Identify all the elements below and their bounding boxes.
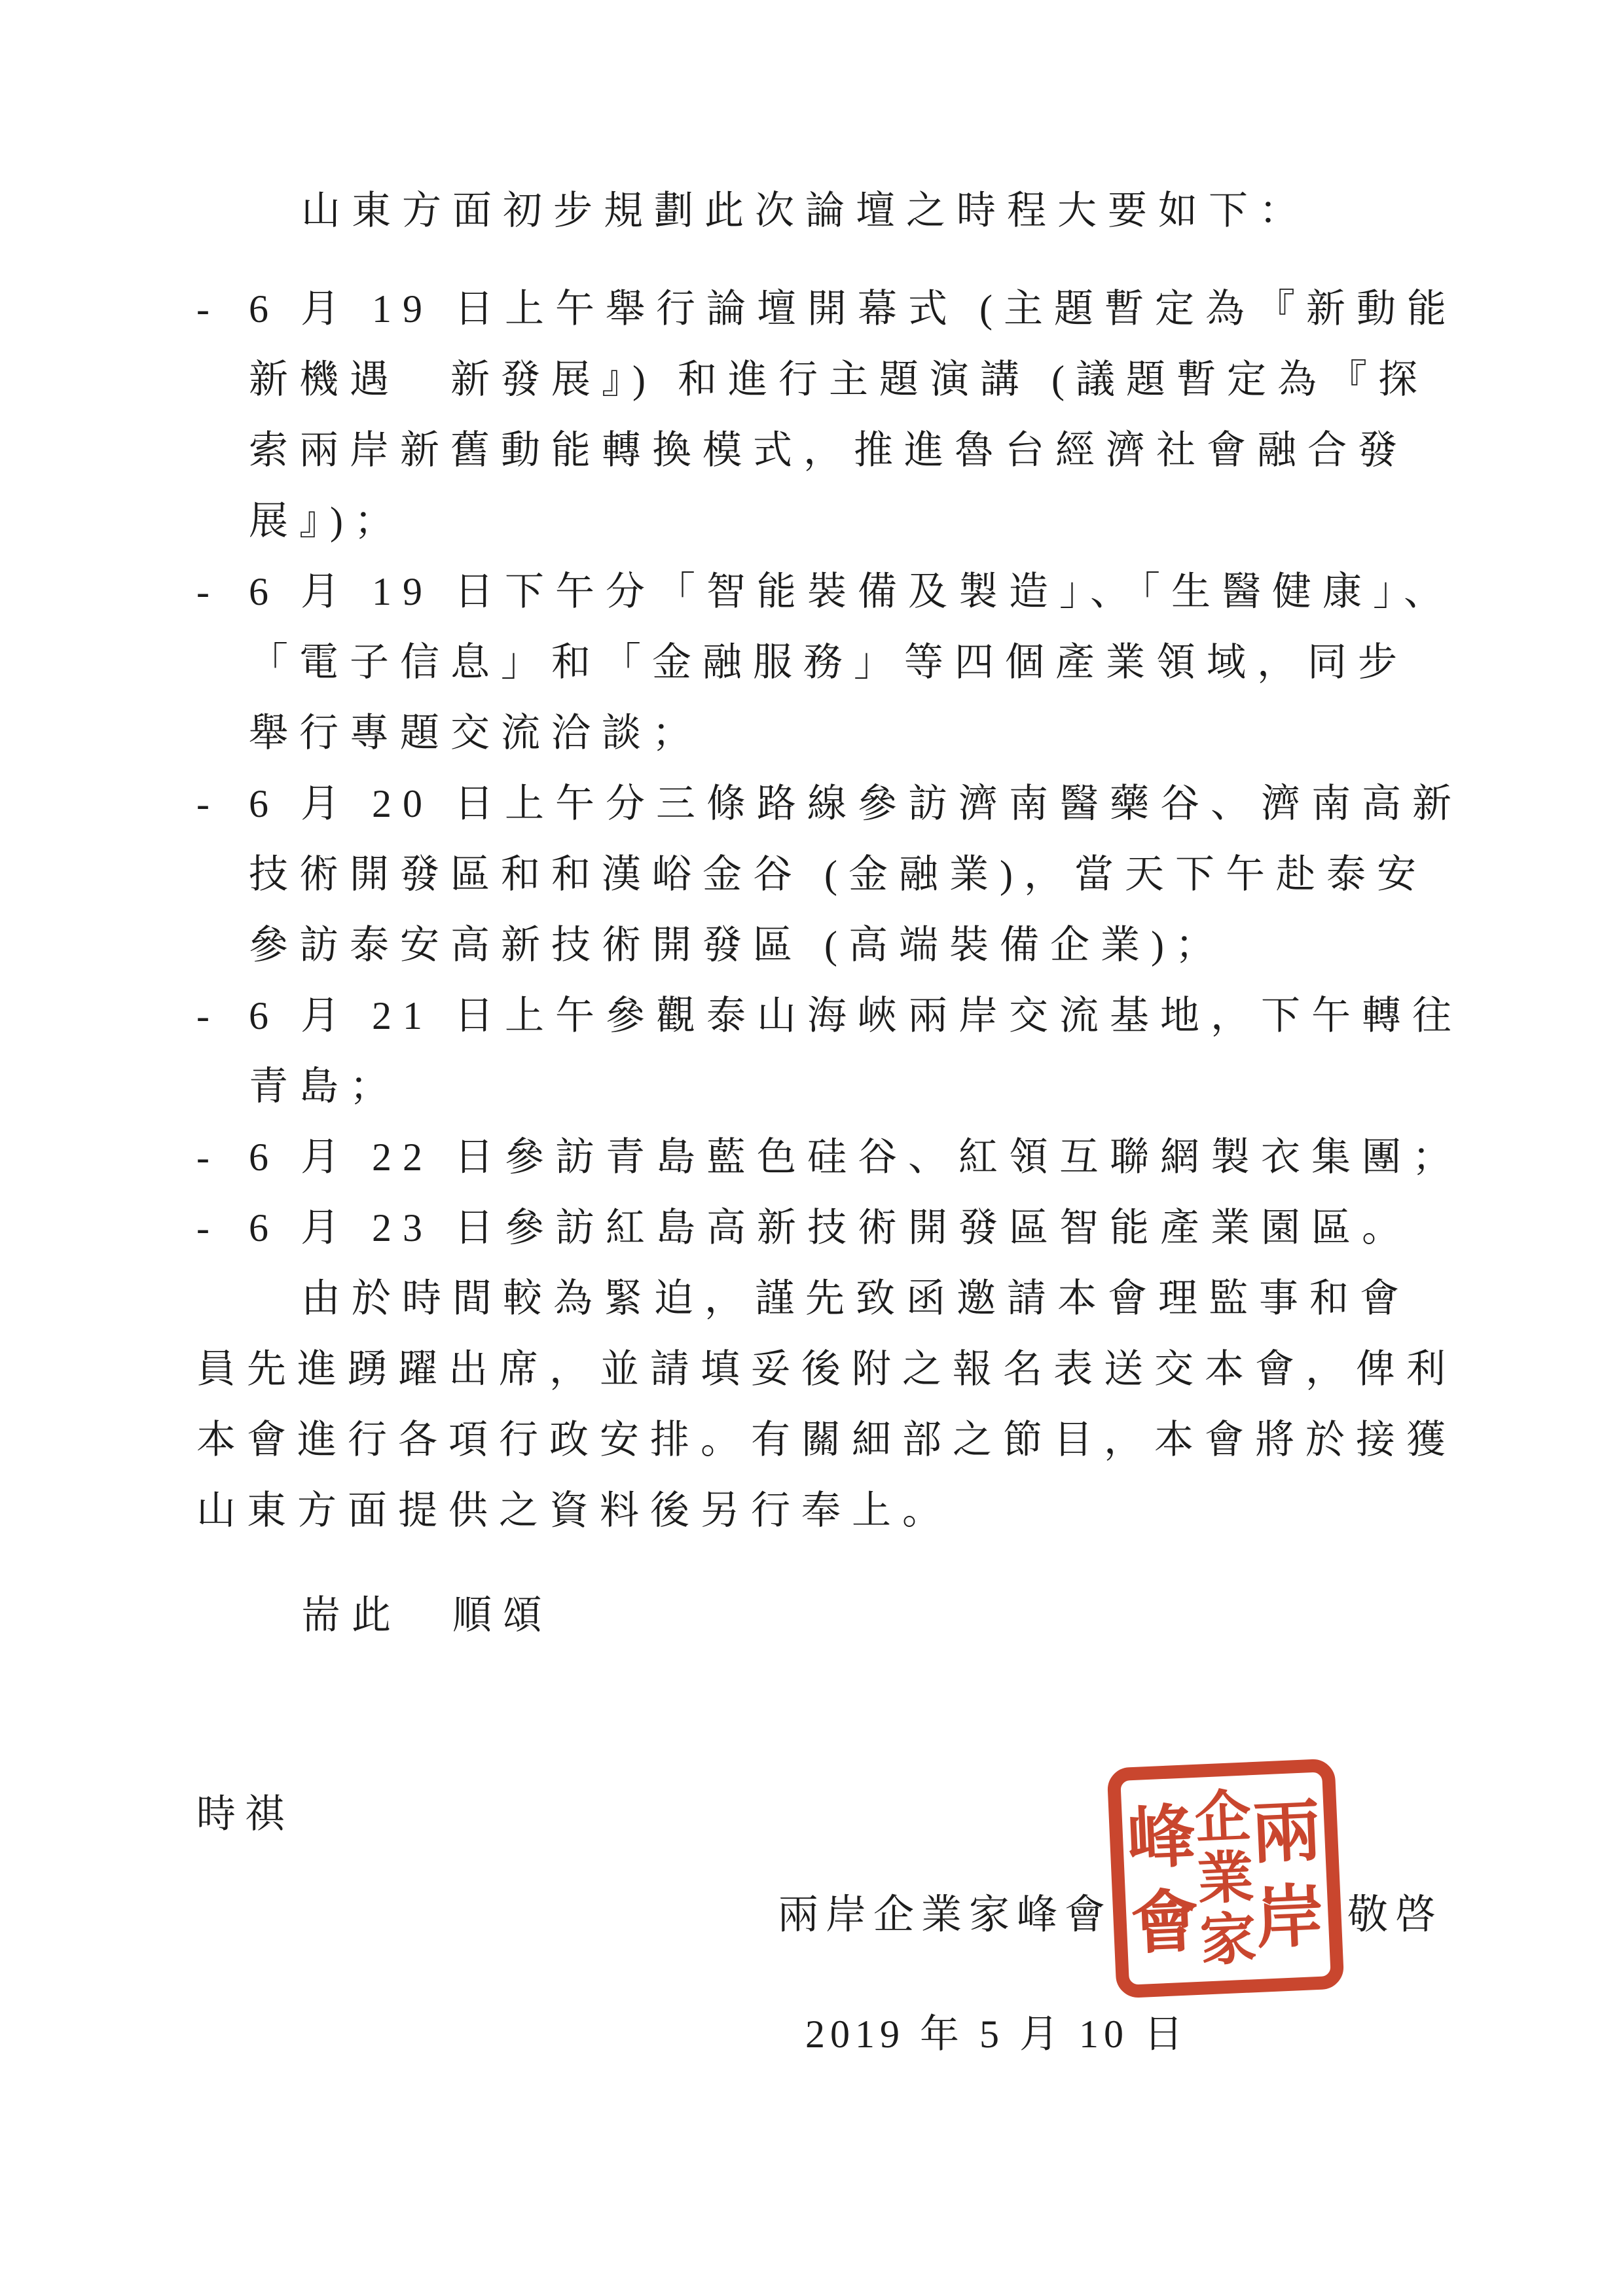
schedule-line: 索兩岸新舊動能轉換模式，推進魯台經濟社會融合發 [249, 415, 1440, 486]
signature-respectfully: 敬啓 [1347, 1880, 1443, 1950]
schedule-line: 參訪泰安高新技術開發區 (高端裝備企業)； [249, 910, 1440, 980]
schedule-line: 6 月 21 日上午參觀泰山海峽兩岸交流基地，下午轉往 [249, 980, 1440, 1051]
closing-line: 由於時間較為緊迫，謹先致函邀請本會理監事和會 [196, 1263, 1440, 1334]
bullet-dash: - [196, 980, 210, 1051]
seal-column: 峰會 [1125, 1785, 1201, 1977]
seal-character: 兩 [1250, 1797, 1321, 1868]
schedule-line: 6 月 19 日上午舉行論壇開幕式 (主題暫定為『新動能 [249, 274, 1440, 344]
schedule-line: 技術開發區和和漢峪金谷 (金融業)，當天下午赴泰安 [249, 839, 1440, 910]
schedule-line: 6 月 23 日參訪紅島高新技術開發區智能產業園區。 [249, 1193, 1440, 1263]
schedule-line: 6 月 22 日參訪青島藍色硅谷、紅領互聯網製衣集團； [249, 1122, 1440, 1193]
bullet-dash: - [196, 768, 210, 839]
bullet-dash: - [196, 1122, 210, 1193]
seal-column: 企業家 [1194, 1783, 1258, 1973]
bullet-dash: - [196, 1193, 210, 1263]
seal-character: 峰 [1126, 1803, 1197, 1874]
date-text: 2019 年 5 月 10 日 [805, 1999, 1188, 2070]
bullet-dash: - [196, 274, 210, 344]
document-page: 山東方面初步規劃此次論壇之時程大要如下： -6 月 19 日上午舉行論壇開幕式 … [0, 0, 1623, 2296]
schedule-item: -6 月 20 日上午分三條路線參訪濟南醫藥谷、濟南高新技術開發區和和漢峪金谷 … [196, 768, 1440, 980]
schedule-item: -6 月 19 日上午舉行論壇開幕式 (主題暫定為『新動能新機遇 新發展』) 和… [196, 274, 1440, 556]
seal-column: 兩岸 [1250, 1780, 1326, 1971]
closing-line: 本會進行各項行政安排。有關細部之節目，本會將於接獲 [196, 1405, 1440, 1475]
schedule-list: -6 月 19 日上午舉行論壇開幕式 (主題暫定為『新動能新機遇 新發展』) 和… [196, 274, 1440, 1263]
schedule-line: 6 月 20 日上午分三條路線參訪濟南醫藥谷、濟南高新 [249, 768, 1440, 839]
seal-character: 岸 [1254, 1883, 1325, 1954]
schedule-item: -6 月 23 日參訪紅島高新技術開發區智能產業園區。 [196, 1193, 1440, 1263]
date-row: 2019 年 5 月 10 日 [196, 1999, 1440, 2070]
schedule-line: 青島； [249, 1051, 1440, 1122]
schedule-line: 展』)； [249, 486, 1440, 556]
closing-line: 員先進踴躍出席，並請填妥後附之報名表送交本會，俾利 [196, 1334, 1440, 1405]
seal-character: 家 [1199, 1910, 1258, 1969]
bullet-dash: - [196, 556, 210, 627]
schedule-line: 6 月 19 日下午分「智能裝備及製造」、「生醫健康」、 [249, 556, 1440, 627]
seal-character: 業 [1196, 1849, 1255, 1908]
schedule-line: 新機遇 新發展』) 和進行主題演講 (議題暫定為『探 [249, 344, 1440, 415]
schedule-line: 「電子信息」和「金融服務」等四個產業領域，同步 [249, 627, 1440, 698]
schedule-item: -6 月 21 日上午參觀泰山海峽兩岸交流基地，下午轉往青島； [196, 980, 1440, 1122]
intro-paragraph: 山東方面初步規劃此次論壇之時程大要如下： [196, 175, 1440, 246]
schedule-line: 舉行專題交流洽談； [249, 698, 1440, 768]
schedule-item: -6 月 22 日參訪青島藍色硅谷、紅領互聯網製衣集團； [196, 1122, 1440, 1193]
closing-paragraph: 由於時間較為緊迫，謹先致函邀請本會理監事和會員先進踴躍出席，並請填妥後附之報名表… [196, 1263, 1440, 1546]
closing-line: 山東方面提供之資料後另行奉上。 [196, 1475, 1440, 1546]
schedule-item: -6 月 19 日下午分「智能裝備及製造」、「生醫健康」、「電子信息」和「金融服… [196, 556, 1440, 768]
signature-org: 兩岸企業家峰會 [778, 1880, 1112, 1950]
valediction: 耑此 順頌 [196, 1580, 1440, 1651]
seal-character: 企 [1194, 1788, 1252, 1847]
organization-seal: 兩岸企業家峰會 [1106, 1759, 1344, 1999]
seal-character: 會 [1129, 1888, 1200, 1959]
